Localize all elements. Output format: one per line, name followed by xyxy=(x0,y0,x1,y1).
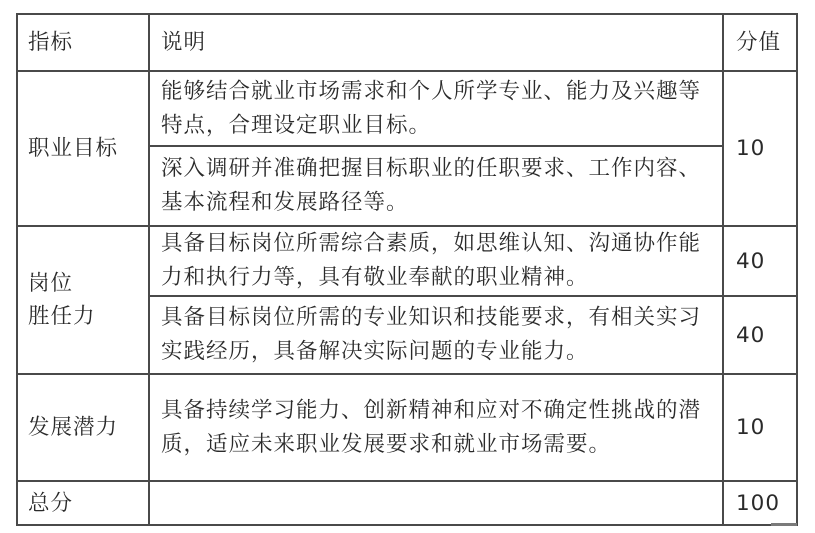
header-description: 说明 xyxy=(149,14,723,71)
table-corner-shadow xyxy=(771,523,797,526)
score-cell: 10 xyxy=(723,374,797,481)
cropped-title-fragment xyxy=(80,0,160,4)
description-cell: 具备目标岗位所需的专业知识和技能要求，有相关实习实践经历，具备解决实际问题的专业… xyxy=(149,296,723,374)
description-cell: 具备目标岗位所需综合素质，如思维认知、沟通协作能力和执行力等，具有敬业奉献的职业… xyxy=(149,226,723,296)
score-cell: 40 xyxy=(723,296,797,374)
scoring-criteria-table: 指标 说明 分值 职业目标 能够结合就业市场需求和个人所学专业、能力及兴趣等特点… xyxy=(16,13,798,526)
score-cell: 40 xyxy=(723,226,797,296)
total-label: 总分 xyxy=(17,481,149,525)
score-cell: 10 xyxy=(723,71,797,226)
header-indicator: 指标 xyxy=(17,14,149,71)
description-cell: 能够结合就业市场需求和个人所学专业、能力及兴趣等特点，合理设定职业目标。 xyxy=(149,71,723,146)
indicator-development-potential: 发展潜力 xyxy=(17,374,149,481)
table-row: 发展潜力 具备持续学习能力、创新精神和应对不确定性挑战的潜质，适应未来职业发展要… xyxy=(17,374,797,481)
table-row: 职业目标 能够结合就业市场需求和个人所学专业、能力及兴趣等特点，合理设定职业目标… xyxy=(17,71,797,146)
total-row: 总分 100 xyxy=(17,481,797,525)
header-score: 分值 xyxy=(723,14,797,71)
description-cell: 具备持续学习能力、创新精神和应对不确定性挑战的潜质，适应未来职业发展要求和就业市… xyxy=(149,374,723,481)
indicator-job-competency: 岗位 胜任力 xyxy=(17,226,149,374)
total-score: 100 xyxy=(723,481,797,525)
table-header-row: 指标 说明 分值 xyxy=(17,14,797,71)
table-row: 岗位 胜任力 具备目标岗位所需综合素质，如思维认知、沟通协作能力和执行力等，具有… xyxy=(17,226,797,296)
description-cell: 深入调研并准确把握目标职业的任职要求、工作内容、基本流程和发展路径等。 xyxy=(149,146,723,226)
indicator-career-goal: 职业目标 xyxy=(17,71,149,226)
total-description xyxy=(149,481,723,525)
